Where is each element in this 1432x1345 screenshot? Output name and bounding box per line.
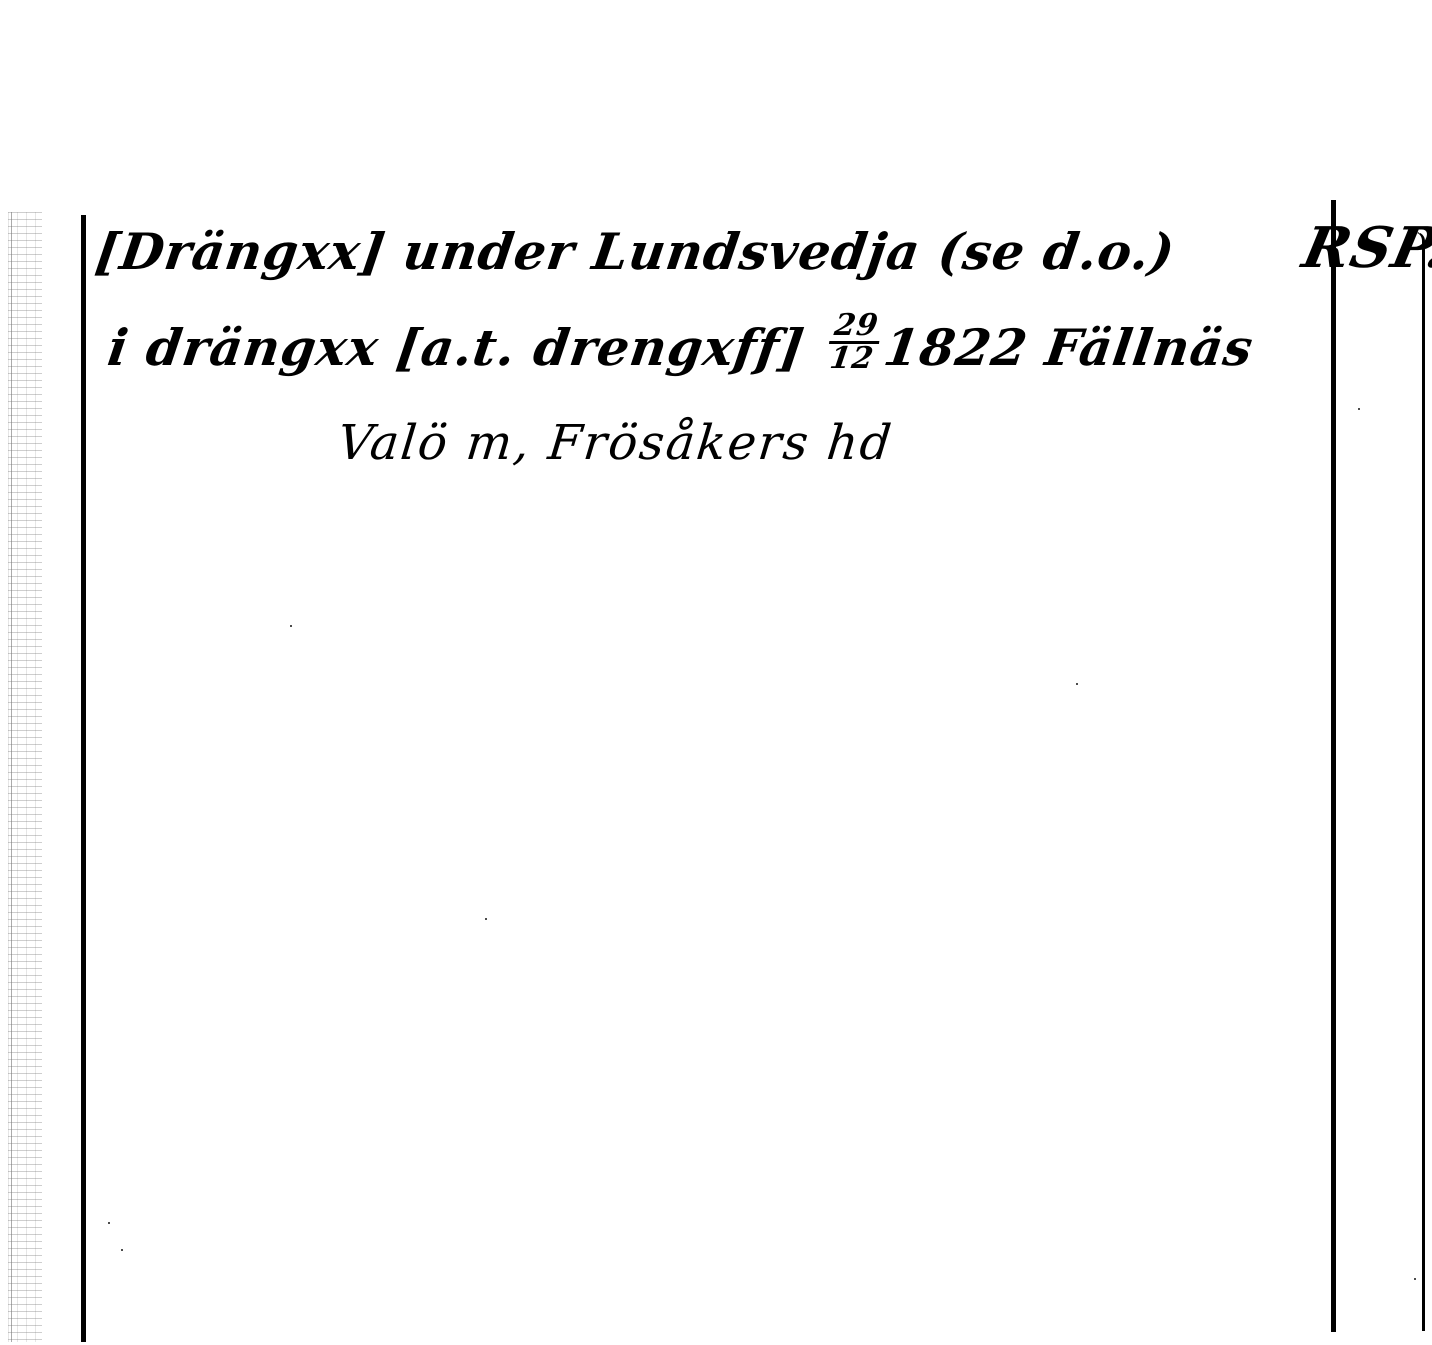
signature-column-rule: [1331, 200, 1336, 1332]
scan-speck: [485, 918, 487, 920]
scan-speck: [290, 625, 292, 627]
bracketed-term: [Drängxx]: [92, 222, 390, 281]
entry-line-3: Valö m, Frösåkers hd: [335, 415, 896, 471]
scan-speck: [1414, 1278, 1416, 1280]
scan-speck: [108, 1222, 110, 1224]
card-right-border: [1416, 232, 1425, 1331]
scan-speck: [121, 1249, 123, 1251]
left-margin-rule: [81, 215, 86, 1342]
scan-speck: [1076, 683, 1078, 685]
place-name: Fällnäs: [1042, 318, 1257, 377]
date-month: 12: [825, 344, 879, 374]
cross-reference: under Lundsvedja (se d.o.): [381, 222, 1179, 281]
signature-initials: RSP.: [1297, 215, 1432, 281]
date-day: 29: [829, 311, 883, 344]
scan-edge-artifact: [8, 212, 42, 1342]
citation-term: i drängxx [a.t. drengxff]: [104, 318, 808, 377]
parish-name: Valö m,: [335, 415, 534, 471]
index-card: [Drängxx] under Lundsvedja (se d.o.) i d…: [0, 0, 1432, 1345]
date-year: 1822: [880, 318, 1031, 377]
date-fraction: 29 12: [825, 311, 884, 374]
district-name: Frösåkers hd: [545, 415, 895, 471]
entry-line-1: [Drängxx] under Lundsvedja (se d.o.): [92, 222, 1179, 281]
entry-line-2: i drängxx [a.t. drengxff] 29 12 1822 Fäl…: [103, 318, 1257, 384]
scan-speck: [1358, 408, 1360, 410]
